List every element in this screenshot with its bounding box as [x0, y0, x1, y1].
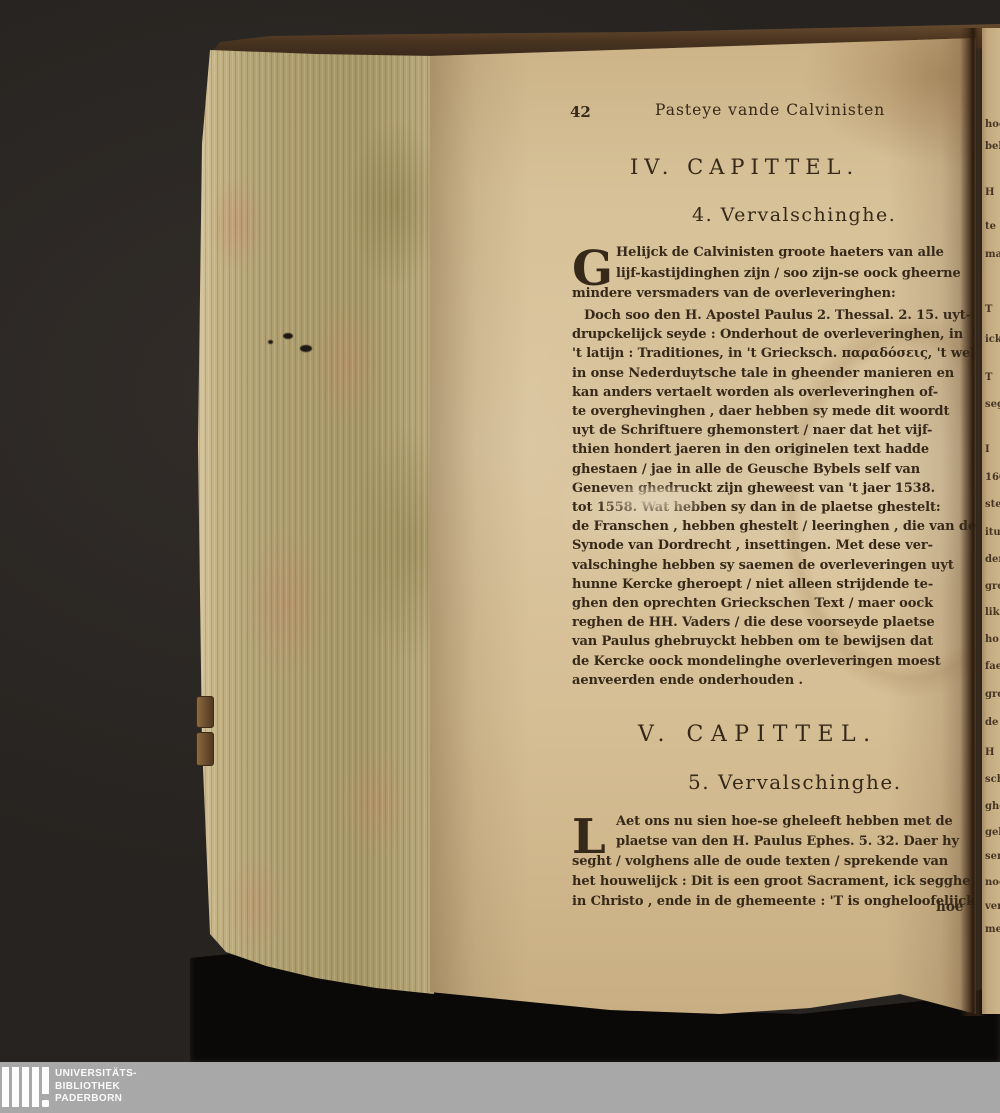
text-line: plaetse van den H. Paulus Ephes. 5. 32. … — [572, 832, 975, 852]
text-line: te overghevinghen , daer hebben sy mede … — [572, 402, 992, 421]
library-name-line: PADERBORN — [55, 1093, 122, 1106]
text-line: Doch soo den H. Apostel Paulus 2. Thessa… — [572, 306, 992, 325]
running-title: Pasteye vande Calvinisten — [655, 101, 885, 119]
library-logo-exclamation-dot — [42, 1100, 49, 1107]
ink-smudge — [268, 340, 273, 344]
facing-text-fragment: ghes — [985, 801, 1000, 812]
facing-text-fragment: groo — [985, 689, 1000, 700]
text-line: uyt de Schriftuere ghemonstert / naer da… — [572, 421, 992, 440]
facing-text-fragment: H — [985, 747, 994, 758]
text-line: Helijck de Calvinisten groote haeters va… — [572, 243, 961, 264]
text-line: ghen den oprechten Grieckschen Text / ma… — [572, 594, 992, 613]
facing-text-fragment: seggh — [985, 399, 1000, 410]
library-name-line: UNIVERSITÄTS- — [55, 1068, 137, 1081]
facing-page-sliver: hoe belt H te N mae T ick s T seggh I 16… — [982, 28, 1000, 1014]
text-line: hunne Kercke gheroept / niet alleen stri… — [572, 575, 992, 594]
facing-text-fragment: te N — [985, 221, 1000, 232]
ink-smudge — [283, 333, 293, 339]
chapter4-heading: IV. CAPITTEL. — [630, 155, 859, 179]
text-line: in onse Nederduytsche tale in gheender m… — [572, 364, 992, 383]
facing-text-fragment: T — [985, 304, 992, 315]
facing-text-fragment: T — [985, 372, 992, 383]
page-block-fore-edge — [196, 44, 434, 996]
text-line: ghestaen / jae in alle de Geusche Bybels… — [572, 460, 992, 479]
paragraph-1: Helijck de Calvinisten groote haeters va… — [572, 243, 961, 305]
facing-text-fragment: mae — [985, 249, 1000, 260]
facing-text-fragment: like — [985, 607, 1000, 618]
page-number: 42 — [570, 103, 591, 121]
paragraph-3: Aet ons nu sien hoe-se gheleeft hebben m… — [572, 812, 975, 912]
facing-text-fragment: noch — [985, 877, 1000, 888]
facing-text-fragment: belt — [985, 141, 1000, 152]
facing-text-fragment: den a — [985, 554, 1000, 565]
facing-text-fragment: H — [985, 187, 994, 198]
chapter5-heading: V. CAPITTEL. — [638, 722, 878, 747]
facing-text-fragment: vers — [985, 901, 1000, 912]
library-watermark-bar: UNIVERSITÄTS- BIBLIOTHEK PADERBORN — [0, 1062, 1000, 1113]
book-clasp — [194, 696, 216, 768]
facing-text-fragment: itum — [985, 527, 1000, 538]
ink-smudge — [300, 345, 312, 352]
text-line: Synode van Dordrecht , insettingen. Met … — [572, 536, 992, 555]
text-line: thien hondert jaeren in den originelen t… — [572, 440, 992, 459]
text-line: reghen de HH. Vaders / die dese voorseyd… — [572, 613, 992, 632]
facing-text-fragment: stelt — [985, 499, 1000, 510]
text-line: seght / volghens alle de oude texten / s… — [572, 852, 975, 872]
text-line: de Franschen , hebben ghestelt / leering… — [572, 517, 992, 536]
facing-text-fragment: de gh — [985, 717, 1000, 728]
text-line: valschinghe hebben sy saemen de overleve… — [572, 556, 992, 575]
facing-text-fragment: hoe — [985, 119, 1000, 130]
facing-text-fragment: I — [985, 444, 990, 455]
digitized-book-photo: 42 Pasteye vande Calvinisten IV. CAPITTE… — [0, 0, 1000, 1113]
facing-text-fragment: schre — [985, 774, 1000, 785]
clasp-upper-part — [196, 696, 214, 728]
facing-text-fragment: ick s — [985, 334, 1000, 345]
text-line: de Kercke oock mondelinghe overleveringe… — [572, 652, 992, 671]
facing-text-fragment: ho — [985, 634, 999, 645]
facing-text-fragment: faer — [985, 661, 1000, 672]
library-logo-exclamation-bar — [42, 1067, 49, 1094]
water-stain — [592, 482, 712, 518]
page-gutter-shadow — [960, 28, 984, 1016]
text-line: het houwelijck : Dit is een groot Sacram… — [572, 872, 975, 892]
facing-text-fragment: mee — [985, 924, 1000, 935]
text-line: kan anders vertaelt worden als overlever… — [572, 383, 992, 402]
chapter4-subheading: 4. Vervalschinghe. — [692, 204, 896, 226]
library-logo-bar — [2, 1067, 9, 1107]
text-line: van Paulus ghebruyckt hebben om te bewij… — [572, 632, 992, 651]
text-line: lijf-kastijdinghen zijn / soo zijn-se oo… — [572, 264, 961, 285]
facing-text-fragment: gebe — [985, 827, 1000, 838]
library-logo-bar — [32, 1067, 39, 1107]
text-line: aenveerden ende onderhouden . — [572, 671, 992, 690]
facing-text-fragment: send — [985, 851, 1000, 862]
library-logo-bar — [12, 1067, 19, 1107]
text-line: mindere versmaders van de overleveringhe… — [572, 284, 961, 305]
text-line: Aet ons nu sien hoe-se gheleeft hebben m… — [572, 812, 975, 832]
text-line: 't latijn : Traditiones, in 't Griecksch… — [572, 344, 992, 363]
library-logo-bar — [22, 1067, 29, 1107]
facing-text-fragment: groo — [985, 581, 1000, 592]
text-line: in Christo , ende in de ghemeente : 'T i… — [572, 892, 975, 912]
clasp-lower-part — [196, 732, 214, 766]
text-line: drupckelijck seyde : Onderhout de overle… — [572, 325, 992, 344]
chapter5-subheading: 5. Vervalschinghe. — [688, 770, 902, 794]
library-name-line: BIBLIOTHEK — [55, 1081, 120, 1094]
facing-text-fragment: 160 — [985, 472, 1000, 483]
